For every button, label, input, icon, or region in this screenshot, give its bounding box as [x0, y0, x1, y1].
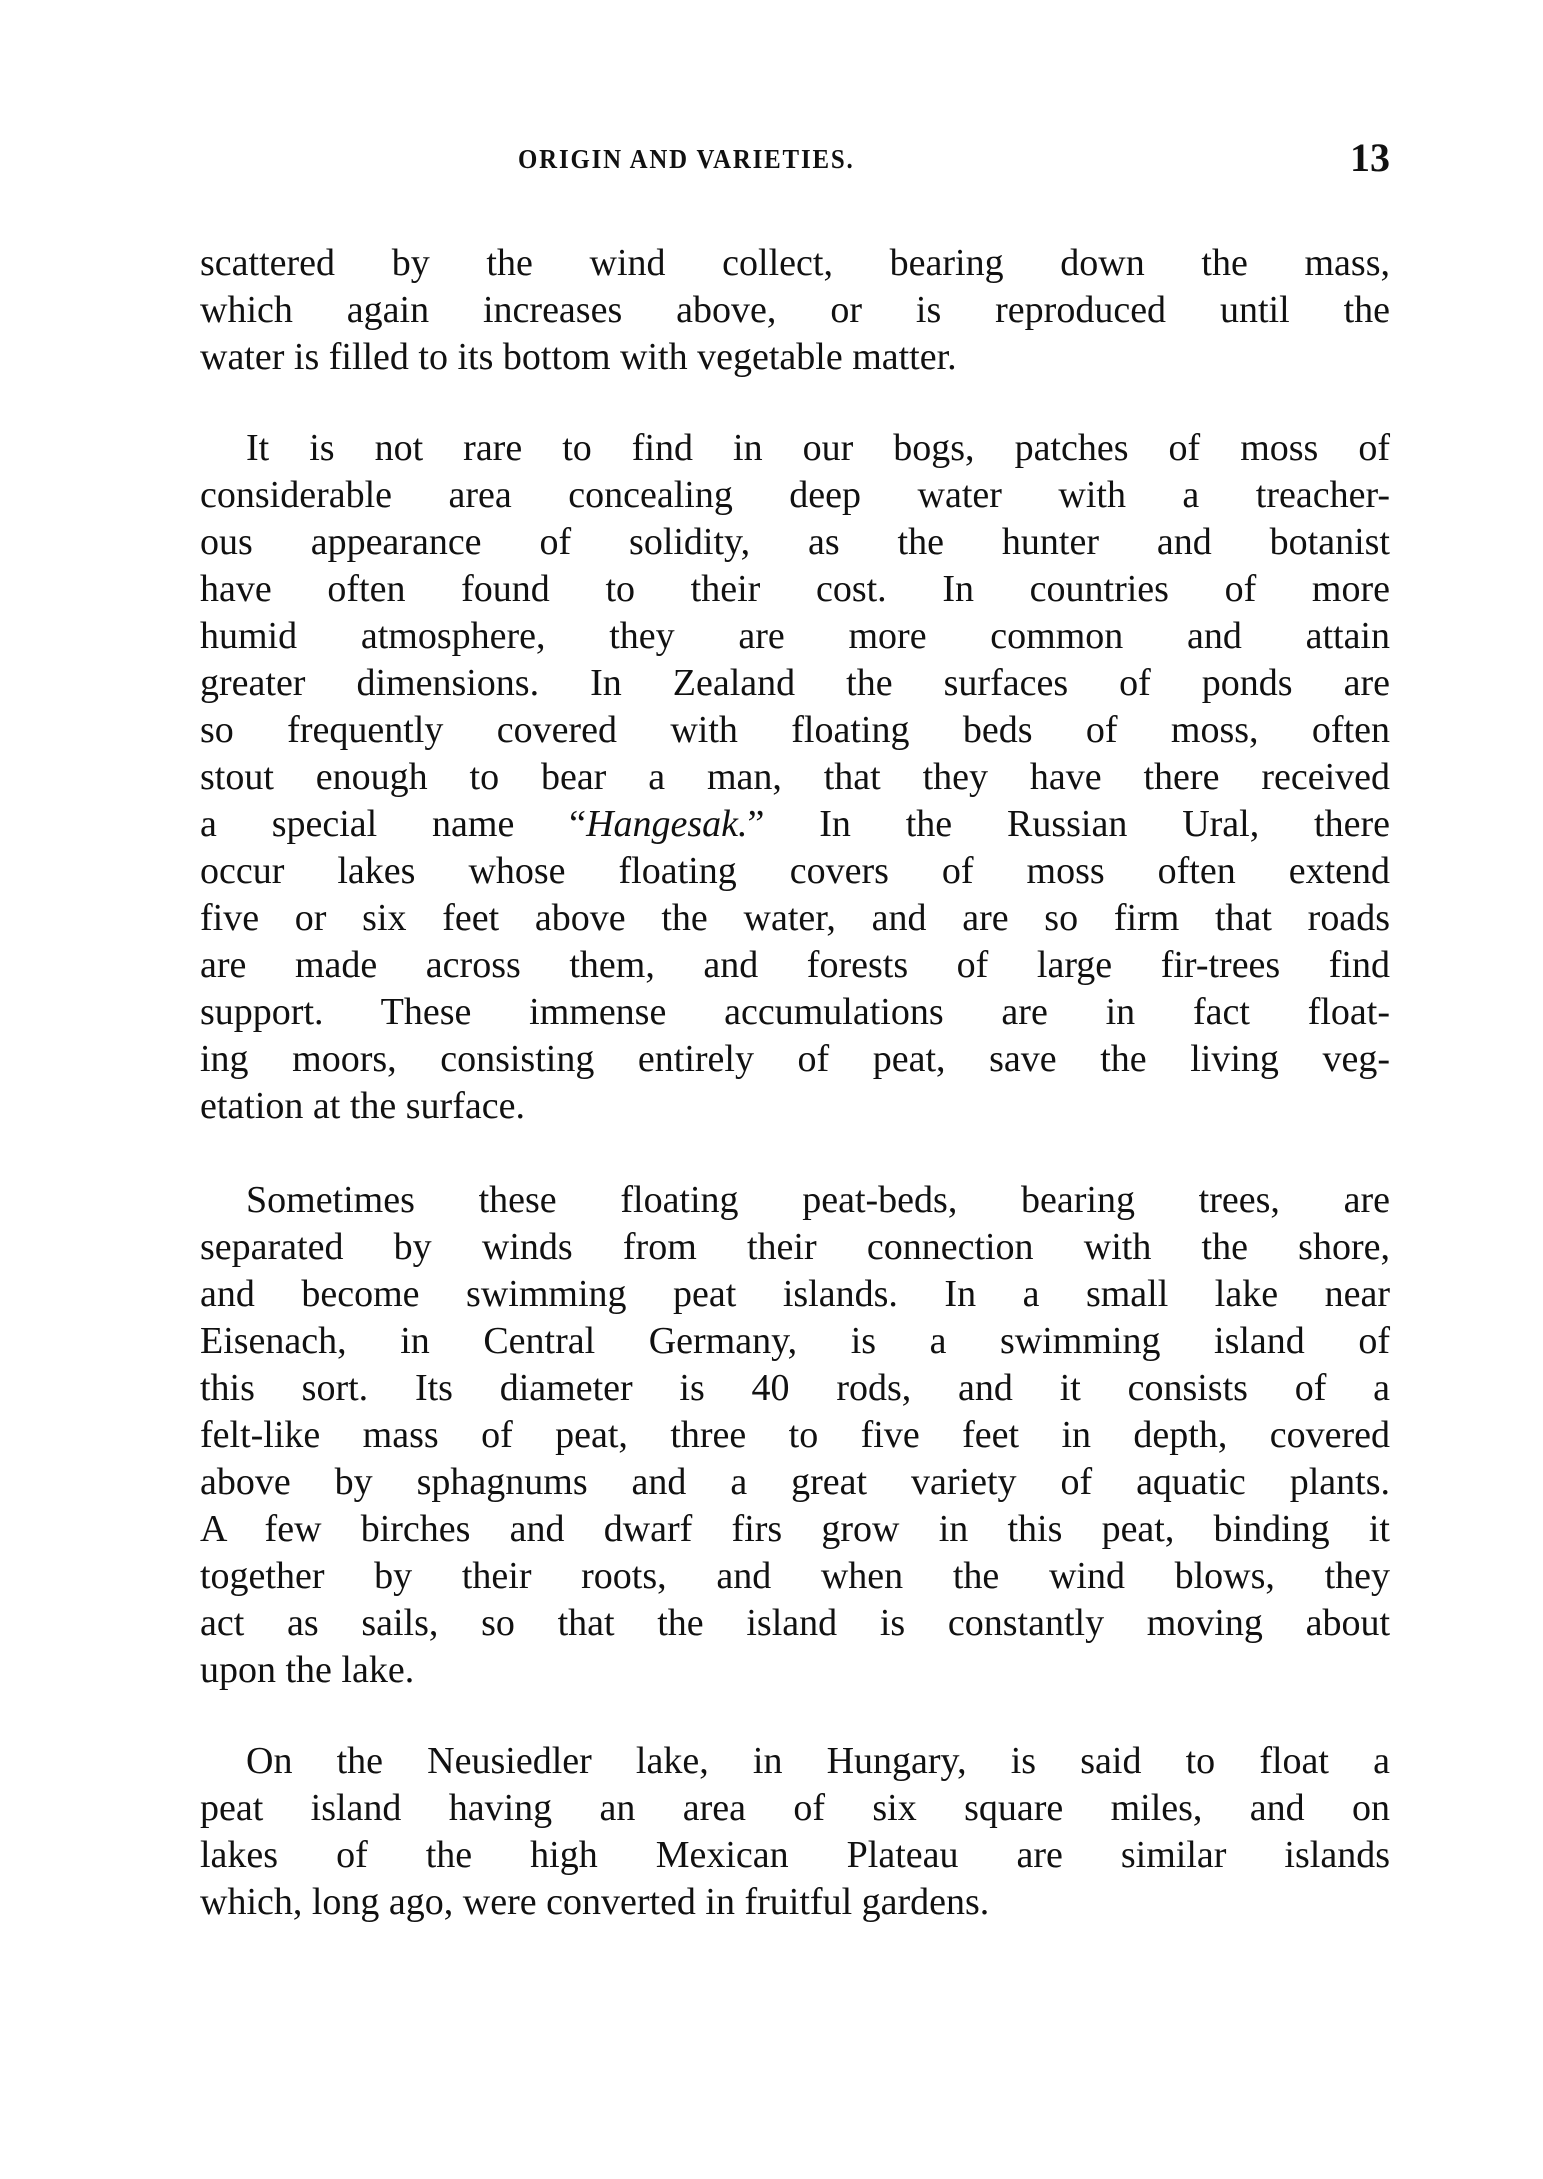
text-line: On the Neusiedler lake, in Hungary, is s…: [200, 1738, 1390, 1785]
text-line: have often found to their cost. In count…: [200, 566, 1390, 613]
text-line: ous appearance of solidity, as the hunte…: [200, 519, 1390, 566]
text-line: which, long ago, were converted in fruit…: [200, 1879, 1390, 1926]
text-line: five or six feet above the water, and ar…: [200, 895, 1390, 942]
text-line: so frequently covered with floating beds…: [200, 707, 1390, 754]
paragraph-spacer: [200, 1694, 1390, 1738]
text-line: etation at the surface.: [200, 1083, 1390, 1130]
text-line: greater dimensions. In Zealand the surfa…: [200, 660, 1390, 707]
paragraph-4: On the Neusiedler lake, in Hungary, is s…: [200, 1738, 1390, 1926]
text-line: considerable area concealing deep water …: [200, 472, 1390, 519]
text-line: and become swimming peat islands. In a s…: [200, 1271, 1390, 1318]
text-line: occur lakes whose floating covers of mos…: [200, 848, 1390, 895]
text-line: this sort. Its diameter is 40 rods, and …: [200, 1365, 1390, 1412]
page-number: 13: [1350, 134, 1390, 181]
text-line: peat island having an area of six square…: [200, 1785, 1390, 1832]
text-line: It is not rare to find in our bogs, patc…: [200, 425, 1390, 472]
running-head: ORIGIN AND VARIETIES. 13: [200, 140, 1390, 180]
text-line: stout enough to bear a man, that they ha…: [200, 754, 1390, 801]
paragraph-1: scattered by the wind collect, bearing d…: [200, 240, 1390, 381]
text-line: scattered by the wind collect, bearing d…: [200, 240, 1390, 287]
text-line-with-term: a special name “Hangesak.” In the Russia…: [200, 801, 1390, 848]
text-line: Eisenach, in Central Germany, is a swimm…: [200, 1318, 1390, 1365]
paragraph-3: Sometimes these floating peat-beds, bear…: [200, 1177, 1390, 1694]
text-line: above by sphagnums and a great variety o…: [200, 1459, 1390, 1506]
text-line: upon the lake.: [200, 1647, 1390, 1694]
body-text: scattered by the wind collect, bearing d…: [200, 240, 1390, 1926]
text-line: act as sails, so that the island is cons…: [200, 1600, 1390, 1647]
text-line: humid atmosphere, they are more common a…: [200, 613, 1390, 660]
text-line: water is filled to its bottom with veget…: [200, 334, 1390, 381]
text-line: are made across them, and forests of lar…: [200, 942, 1390, 989]
text-line: separated by winds from their connection…: [200, 1224, 1390, 1271]
text-line: felt-like mass of peat, three to five fe…: [200, 1412, 1390, 1459]
text-fragment: ” In the Russian Ural, there: [748, 803, 1390, 845]
text-line: together by their roots, and when the wi…: [200, 1553, 1390, 1600]
running-title: ORIGIN AND VARIETIES.: [518, 144, 855, 175]
text-line: which again increases above, or is repro…: [200, 287, 1390, 334]
text-line: lakes of the high Mexican Plateau are si…: [200, 1832, 1390, 1879]
text-fragment: a special name “: [200, 803, 586, 845]
text-line: support. These immense accumulations are…: [200, 989, 1390, 1036]
book-page: ORIGIN AND VARIETIES. 13 scattered by th…: [0, 0, 1543, 2179]
text-line: Sometimes these floating peat-beds, bear…: [200, 1177, 1390, 1224]
text-line: A few birches and dwarf firs grow in thi…: [200, 1506, 1390, 1553]
text-line: ing moors, consisting entirely of peat, …: [200, 1036, 1390, 1083]
paragraph-spacer: [200, 381, 1390, 425]
italic-term: Hangesak.: [586, 803, 747, 845]
paragraph-spacer: [200, 1130, 1390, 1177]
paragraph-2: It is not rare to find in our bogs, patc…: [200, 425, 1390, 1130]
